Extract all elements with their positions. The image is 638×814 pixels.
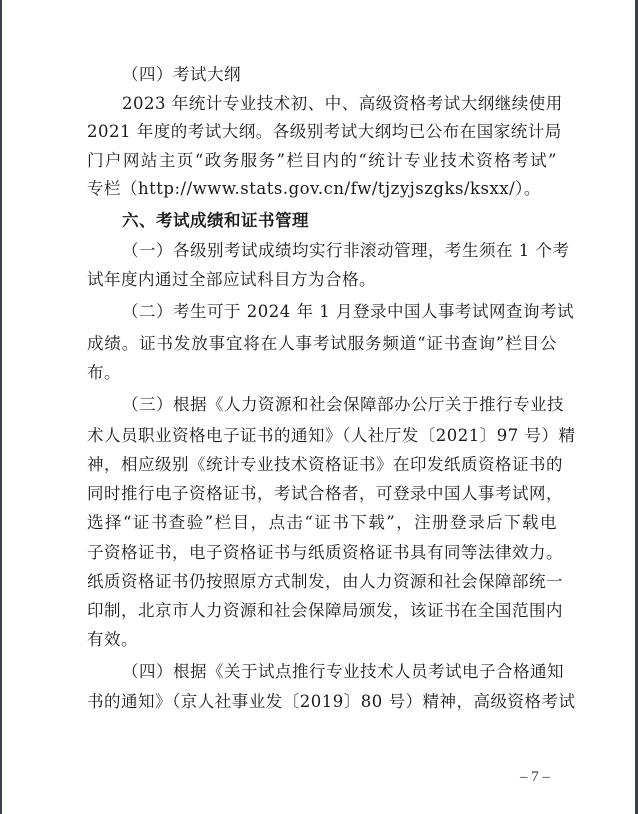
- paragraph-line: 书的通知》（京人社事业发〔2019〕80 号）精神，高级资格考试: [87, 692, 557, 712]
- paragraph-line-url: 专栏（http://www.stats.gov.cn/fw/tjzyjszgks…: [87, 179, 557, 199]
- paragraph-line: 2023 年统计专业技术初、中、高级资格考试大纲继续使用: [122, 94, 557, 114]
- paragraph-line: 选择“证书查验”栏目，点击“证书下载”，注册登录后下载电: [87, 513, 557, 533]
- paragraph-line: 子资格证书，电子资格证书与纸质资格证书具有同等法律效力。: [87, 543, 557, 563]
- paragraph-line: 成绩。证书发放事宜将在人事考试服务频道“证书查询”栏目公: [87, 334, 557, 354]
- paragraph-line: 术人员职业资格电子证书的通知》（人社厅发〔2021〕97 号）精: [87, 426, 557, 446]
- paragraph-line: 有效。: [87, 630, 557, 650]
- page-number: – 7 –: [510, 769, 560, 786]
- paragraph-line: 布。: [87, 363, 557, 383]
- paragraph-line: 2021 年度的考试大纲。各级别考试大纲均已公布在国家统计局: [87, 122, 557, 142]
- paragraph-line: （一）各级别考试成绩均实行非滚动管理，考生须在 1 个考: [122, 241, 557, 261]
- paragraph-line: 纸质资格证书仍按照原方式制发，由人力资源和社会保障部统一: [87, 572, 557, 592]
- paragraph-line: （三）根据《人力资源和社会保障部办公厅关于推行专业技: [122, 395, 557, 415]
- paragraph-line: 试年度内通过全部应试科目方为合格。: [87, 270, 557, 290]
- paragraph-line: 门户网站主页“政务服务”栏目内的“统计专业技术资格考试”: [87, 151, 557, 171]
- document-page: （四）考试大纲 2023 年统计专业技术初、中、高级资格考试大纲继续使用 202…: [0, 0, 635, 814]
- chapter-heading-scores-certificates: 六、考试成绩和证书管理: [122, 211, 557, 231]
- paragraph-line: 神，相应级别《统计专业技术资格证书》在印发纸质资格证书的: [87, 455, 557, 475]
- section-heading-exam-syllabus: （四）考试大纲: [122, 65, 557, 85]
- paragraph-line: 印制，北京市人力资源和社会保障局颁发，该证书在全国范围内: [87, 601, 557, 621]
- paragraph-line: （四）根据《关于试点推行专业技术人员考试电子合格通知: [122, 662, 557, 682]
- paragraph-line: 同时推行电子资格证书，考试合格者，可登录中国人事考试网，: [87, 484, 557, 504]
- paragraph-line: （二）考生可于 2024 年 1 月登录中国人事考试网查询考试: [122, 302, 557, 322]
